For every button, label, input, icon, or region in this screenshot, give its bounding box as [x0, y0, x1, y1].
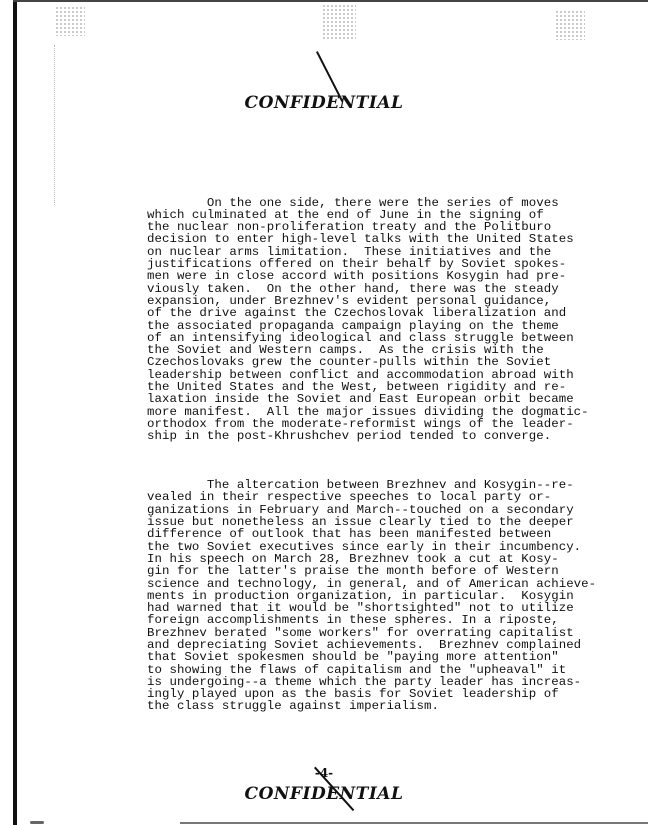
scan-edge-bottom: [180, 822, 648, 824]
document-page: CONFIDENTIAL On the one side, there were…: [0, 0, 648, 825]
scan-dotted-line: [54, 45, 55, 205]
scan-noise: [322, 4, 356, 40]
scan-noise: [555, 10, 585, 40]
text-line: difference of outlook that has been mani…: [147, 528, 597, 540]
text-line: decision to enter high-level talks with …: [147, 233, 597, 245]
scan-mark: [30, 821, 44, 824]
text-line: men were in close accord with positions …: [147, 270, 597, 282]
body-text: On the one side, there were the series o…: [147, 172, 597, 749]
paragraph: The altercation between Brezhnev and Kos…: [147, 479, 597, 713]
classification-stamp-bottom: CONFIDENTIAL: [0, 784, 648, 804]
scan-edge-top: [13, 0, 648, 2]
scan-edge-left: [13, 0, 17, 825]
text-line: foreign accomplishments in these spheres…: [147, 614, 597, 626]
text-line: Czechoslovaks grew the counter-pulls wit…: [147, 356, 597, 368]
text-line: of the drive against the Czechoslovak li…: [147, 307, 597, 319]
text-line: vealed in their respective speeches to l…: [147, 491, 597, 503]
text-line: that Soviet spokesmen should be "paying …: [147, 651, 597, 663]
text-line: ship in the post-Khrushchev period tende…: [147, 430, 597, 442]
text-line: science and technology, in general, and …: [147, 578, 597, 590]
classification-stamp-top: CONFIDENTIAL: [0, 93, 648, 113]
text-line: laxation inside the Soviet and East Euro…: [147, 393, 597, 405]
scan-noise: [55, 6, 85, 36]
paragraph: On the one side, there were the series o…: [147, 197, 597, 443]
text-line: gin for the latter's praise the month be…: [147, 565, 597, 577]
text-line: the class struggle against imperialism.: [147, 700, 597, 712]
text-line: the associated propaganda campaign playi…: [147, 320, 597, 332]
